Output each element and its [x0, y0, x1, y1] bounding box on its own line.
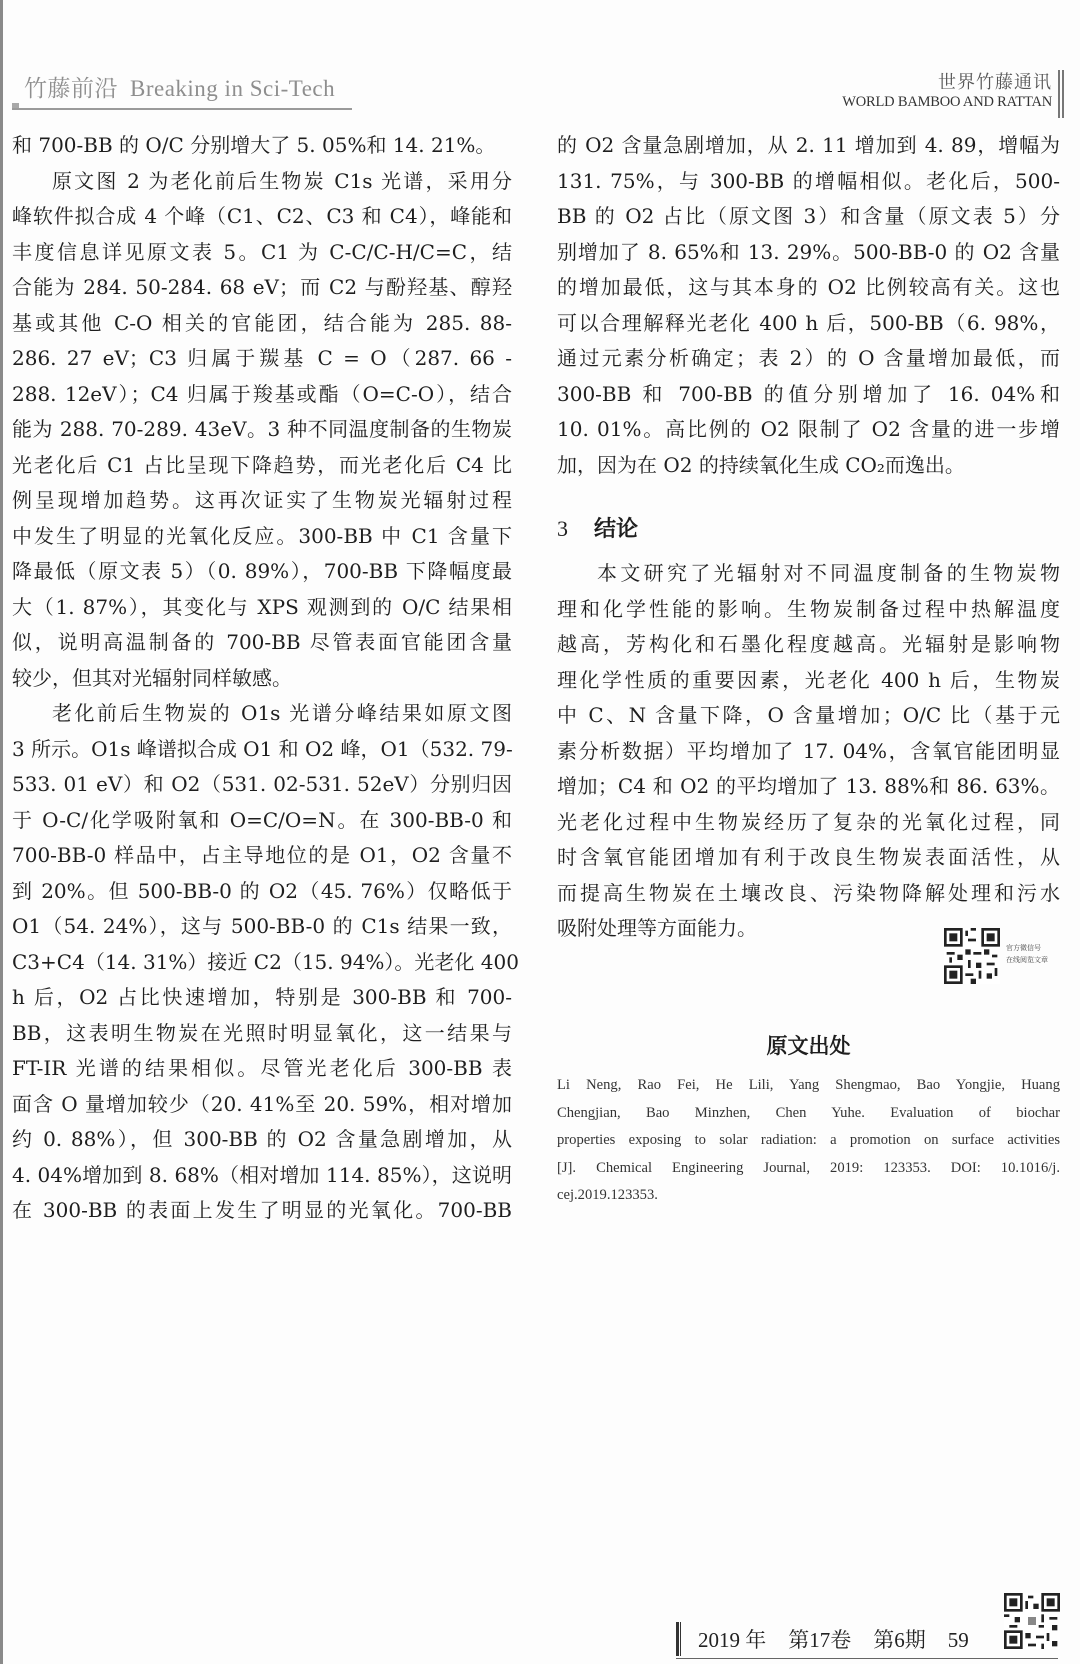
text-line: 别增加了 8. 65%和 13. 29%。500-BB-0 的 O2 含量	[557, 235, 1060, 271]
text-line: 光老化过程中生物炭经历了复杂的光氧化过程，同	[557, 805, 1060, 841]
qr-code-icon[interactable]	[944, 928, 1000, 984]
journal-header-bars	[1058, 70, 1064, 118]
section-title-en: Breaking in Sci-Tech	[130, 76, 335, 101]
text-line: 理和化学性能的影响。生物炭制备过程中热解温度	[557, 592, 1060, 628]
footer-year: 2019 年	[698, 1628, 766, 1652]
text-line: 基或其他 C-O 相关的官能团，结合能为 285. 88-	[12, 306, 512, 342]
right-column-upper: 的 O2 含量急剧增加，从 2. 11 增加到 4. 89，增幅为 131. 7…	[557, 128, 1060, 483]
qr-caption: 官方微信号 在线阅览文章	[1006, 942, 1048, 966]
text-line: FT-IR 光谱的结果相似。尽管光老化后 300-BB 表	[12, 1051, 512, 1087]
footer-issue-info: 2019 年第17卷第6期59	[698, 1624, 991, 1654]
citation-line: cej.2019.123353.	[557, 1182, 1060, 1210]
qr-code-icon[interactable]	[1004, 1592, 1060, 1650]
section-title: 结论	[594, 517, 638, 542]
text-line: 和 700-BB 的 O/C 分别增大了 5. 05%和 14. 21%。	[12, 128, 512, 164]
text-line: 大（1. 87%），其变化与 XPS 观测到的 O/C 结果相	[12, 590, 512, 626]
text-line: h 后，O2 占比快速增加，特别是 300-BB 和 700-	[12, 980, 512, 1016]
text-line: 能为 288. 70-289. 43eV。3 种不同温度制备的生物炭	[12, 412, 512, 448]
text-line: 约 0. 88%），但 300-BB 的 O2 含量急剧增加，从	[12, 1122, 512, 1158]
text-line: 300-BB 和 700-BB 的值分别增加了 16. 04%和	[557, 377, 1060, 413]
header-underline	[12, 108, 352, 110]
text-line: 降最低（原文表 5）（0. 89%），700-BB 下降幅度最	[12, 554, 512, 590]
text-line: 3 所示。O1s 峰谱拟合成 O1 和 O2 峰，O1（532. 79-	[12, 732, 512, 768]
text-line: 峰软件拟合成 4 个峰（C1、C2、C3 和 C4），峰能和	[12, 199, 512, 235]
text-line: 到 20%。但 500-BB-0 的 O2（45. 76%）仅略低于	[12, 874, 512, 910]
text-line: BB 的 O2 占比（原文图 3）和含量（原文表 5）分	[557, 199, 1060, 235]
text-line: 合能为 284. 50-284. 68 eV；而 C2 与酚羟基、醇羟	[12, 270, 512, 306]
text-line: 原文图 2 为老化前后生物炭 C1s 光谱，采用分	[12, 164, 512, 200]
footer-volume: 第17卷	[788, 1628, 851, 1652]
section-title: 竹藤前沿Breaking in Sci-Tech	[24, 70, 354, 103]
section-title-cn: 竹藤前沿	[24, 76, 118, 102]
text-line: 10. 01%。高比例的 O2 限制了 O2 含量的进一步增	[557, 412, 1060, 448]
text-line: 老化前后生物炭的 O1s 光谱分峰结果如原文图	[12, 696, 512, 732]
text-line: 4. 04%增加到 8. 68%（相对增加 114. 85%），这说明	[12, 1158, 512, 1194]
text-line: 288. 12eV）；C4 归属于羧基或酯（O=C-O），结合	[12, 377, 512, 413]
footer-rule	[676, 1658, 1058, 1659]
text-line: 131. 75%，与 300-BB 的增幅相似。老化后，500-	[557, 164, 1060, 200]
text-line: 越高，芳构化和石墨化程度越高。光辐射是影响物	[557, 627, 1060, 663]
text-line: BB，这表明生物炭在光照时明显氧化，这一结果与	[12, 1016, 512, 1052]
section-number: 3	[557, 516, 568, 541]
text-line: 533. 01 eV）和 O2（531. 02-531. 52eV）分别归因	[12, 767, 512, 803]
journal-header: 世界竹藤通讯 WORLD BAMBOO AND RATTAN	[842, 68, 1052, 111]
text-line: O1（54. 24%），这与 500-BB-0 的 C1s 结果一致，	[12, 909, 512, 945]
text-line: 可以合理解释光老化 400 h 后，500-BB（6. 98%，	[557, 306, 1060, 342]
text-line: 增加；C4 和 O2 的平均增加了 13. 88%和 86. 63%。	[557, 769, 1060, 805]
reference-citation: Li Neng, Rao Fei, He Lili, Yang Shengmao…	[557, 1072, 1060, 1210]
text-line: 丰度信息详见原文表 5。C1 为 C-C/C-H/C=C，结	[12, 235, 512, 271]
text-line: 的 O2 含量急剧增加，从 2. 11 增加到 4. 89，增幅为	[557, 128, 1060, 164]
text-line: 286. 27 eV；C3 归属于羰基 C = O（287. 66 -	[12, 341, 512, 377]
citation-line: Li Neng, Rao Fei, He Lili, Yang Shengmao…	[557, 1072, 1060, 1100]
footer-issue: 第6期	[873, 1628, 926, 1652]
qr-caption-line: 在线阅览文章	[1006, 954, 1048, 966]
citation-line: properties exposing to solar radiation: …	[557, 1127, 1060, 1155]
text-line: 本文研究了光辐射对不同温度制备的生物炭物	[557, 556, 1060, 592]
page-edge-line	[0, 0, 3, 1664]
text-line: 素分析数据）平均增加了 17. 04%，含氧官能团明显	[557, 734, 1060, 770]
reference-title: 原文出处	[557, 1030, 1060, 1060]
citation-line: Chengjian, Bao Minzhen, Chen Yuhe. Evalu…	[557, 1100, 1060, 1128]
journal-title-en: WORLD BAMBOO AND RATTAN	[842, 94, 1052, 111]
text-line: 的增加最低，这与其本身的 O2 比例较高有关。这也	[557, 270, 1060, 306]
text-line: 加，因为在 O2 的持续氧化生成 CO₂而逸出。	[557, 448, 1060, 484]
text-line: 似，说明高温制备的 700-BB 尽管表面官能团含量	[12, 625, 512, 661]
page-footer: 2019 年第17卷第6期59	[676, 1620, 1056, 1656]
text-line: 理化学性质的重要因素，光老化 400 h 后，生物炭	[557, 663, 1060, 699]
citation-line: [J]. Chemical Engineering Journal, 2019:…	[557, 1155, 1060, 1183]
text-line: 面含 O 量增加较少（20. 41%至 20. 59%，相对增加	[12, 1087, 512, 1123]
text-line: 时含氧官能团增加有利于改良生物炭表面活性，从	[557, 840, 1060, 876]
left-column: 和 700-BB 的 O/C 分别增大了 5. 05%和 14. 21%。 原文…	[12, 128, 512, 1229]
conclusion-paragraph: 本文研究了光辐射对不同温度制备的生物炭物 理和化学性能的影响。生物炭制备过程中热…	[557, 556, 1060, 947]
journal-title-cn: 世界竹藤通讯	[842, 68, 1052, 94]
text-line: 中发生了明显的光氧化反应。300-BB 中 C1 含量下	[12, 519, 512, 555]
text-line: 而提高生物炭在土壤改良、污染物降解处理和污水	[557, 876, 1060, 912]
text-line: 700-BB-0 样品中，占主导地位的是 O1，O2 含量不	[12, 838, 512, 874]
text-line: 较少，但其对光辐射同样敏感。	[12, 661, 512, 697]
text-line: C3+C4（14. 31%）接近 C2（15. 94%）。光老化 400	[12, 945, 512, 981]
page-number: 59	[948, 1628, 969, 1652]
qr-caption-line: 官方微信号	[1006, 942, 1048, 954]
footer-bar	[676, 1622, 681, 1656]
section-heading-conclusion: 3结论	[557, 512, 638, 543]
text-line: 例呈现增加趋势。这再次证实了生物炭光辐射过程	[12, 483, 512, 519]
text-line: 在 300-BB 的表面上发生了明显的光氧化。700-BB	[12, 1193, 512, 1229]
text-line: 通过元素分析确定；表 2）的 O 含量增加最低，而	[557, 341, 1060, 377]
section-header: 竹藤前沿Breaking in Sci-Tech	[24, 70, 354, 103]
text-line: 光老化后 C1 占比呈现下降趋势，而光老化后 C4 比	[12, 448, 512, 484]
text-line: 于 O-C/化学吸附氧和 O=C/O=N。在 300-BB-0 和	[12, 803, 512, 839]
text-line: 中 C、N 含量下降，O 含量增加；O/C 比（基于元	[557, 698, 1060, 734]
